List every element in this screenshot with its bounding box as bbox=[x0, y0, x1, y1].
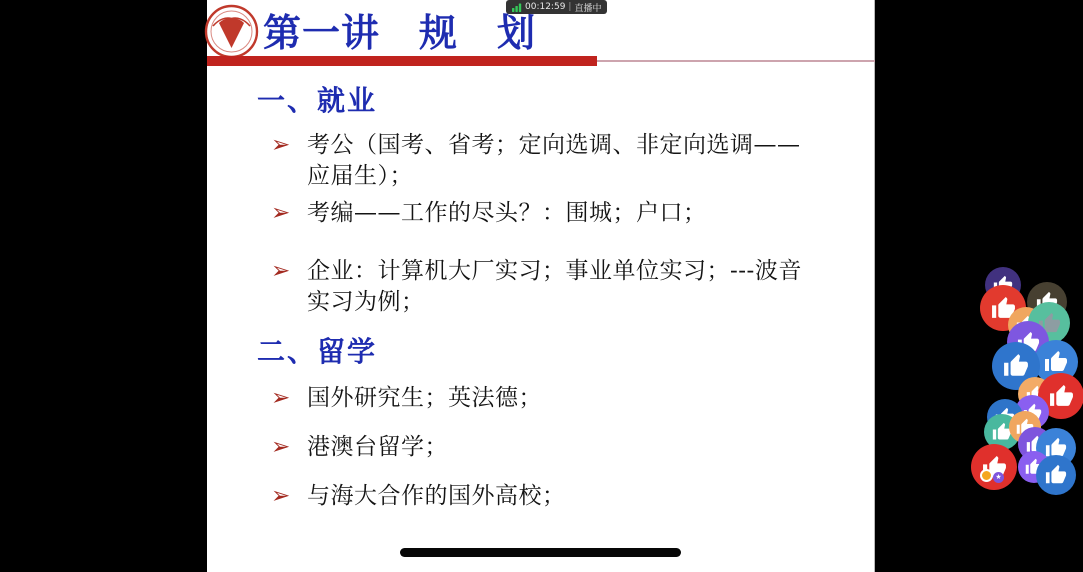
university-seal-icon bbox=[204, 4, 259, 59]
bullet-text: 企业：计算机大厂实习；事业单位实习；---波音实习为例； bbox=[307, 256, 807, 318]
bullet-text: 与海大合作的国外高校； bbox=[307, 481, 807, 512]
bullet-arrow-icon: ➢ bbox=[271, 198, 307, 229]
title-rule-accent bbox=[207, 56, 597, 66]
bullet-item: ➢ 与海大合作的国外高校； bbox=[271, 481, 819, 512]
thumbs-up-icon bbox=[1045, 464, 1067, 486]
reactions-overlay: ★ bbox=[875, 0, 1083, 572]
bullet-text: 考公（国考、省考；定向选调、非定向选调——应届生）； bbox=[307, 130, 807, 192]
section-heading-study-abroad: 二、留学 bbox=[257, 330, 377, 370]
like-bubble bbox=[1036, 455, 1076, 495]
thumbs-up-icon bbox=[1049, 384, 1074, 409]
bullet-arrow-icon: ➢ bbox=[271, 256, 307, 287]
bullet-text: 港澳台留学； bbox=[307, 432, 807, 463]
thumbs-up-icon bbox=[1044, 350, 1068, 374]
signal-icon bbox=[512, 3, 522, 12]
bullet-arrow-icon: ➢ bbox=[271, 130, 307, 161]
bottom-divider bbox=[400, 548, 681, 557]
live-label: 直播中 bbox=[574, 1, 601, 14]
bullet-arrow-icon: ➢ bbox=[271, 383, 307, 414]
bullet-item: ➢ 港澳台留学； bbox=[271, 432, 819, 463]
bullet-arrow-icon: ➢ bbox=[271, 432, 307, 463]
bullet-item: ➢ 国外研究生；英法德； bbox=[271, 383, 819, 414]
star-badge-icon: ★ bbox=[993, 472, 1004, 483]
bullet-text: 国外研究生；英法德； bbox=[307, 383, 807, 414]
bullet-item: ➢ 考公（国考、省考；定向选调、非定向选调——应届生）； bbox=[271, 130, 819, 192]
bullet-text: 考编——工作的尽头？：围城；户口； bbox=[307, 198, 807, 229]
thumbs-up-icon bbox=[1003, 353, 1029, 379]
live-status-pill: 00:12:59 | 直播中 bbox=[506, 0, 607, 14]
like-bubble: ★ bbox=[971, 444, 1017, 490]
bullet-item: ➢ 企业：计算机大厂实习；事业单位实习；---波音实习为例； bbox=[271, 256, 819, 318]
bullet-arrow-icon: ➢ bbox=[271, 481, 307, 512]
status-separator: | bbox=[568, 2, 571, 12]
section-heading-employment: 一、就业 bbox=[257, 79, 377, 119]
bullet-item: ➢ 考编——工作的尽头？：围城；户口； bbox=[271, 198, 819, 229]
video-frame: 第一讲 规 划 一、就业 ➢ 考公（国考、省考；定向选调、非定向选调——应届生）… bbox=[0, 0, 1083, 572]
slide-title: 第一讲 规 划 bbox=[263, 2, 536, 57]
slide: 第一讲 规 划 一、就业 ➢ 考公（国考、省考；定向选调、非定向选调——应届生）… bbox=[207, 0, 875, 572]
stream-timer: 00:12:59 bbox=[525, 2, 565, 12]
coin-badge-icon bbox=[980, 469, 993, 482]
